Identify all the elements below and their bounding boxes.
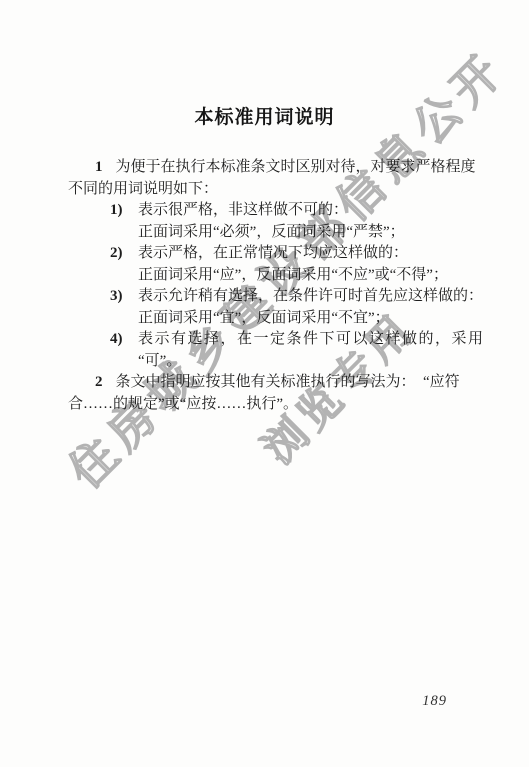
text-line: 正面词采用“宜”，反面词采用“不宜”； <box>68 308 468 330</box>
line-text: 正面词采用“应”，反面词采用“不应”或“不得”； <box>138 267 448 283</box>
text-line: 3)表示允许稍有选择，在条件许可时首先应这样做的： <box>68 286 468 308</box>
text-line: 正面词采用“必须”，反面词采用“严禁”； <box>68 222 468 244</box>
line-text: 表示严格，在正常情况下均应这样做的： <box>138 245 408 261</box>
line-text: 表示允许稍有选择，在条件许可时首先应这样做的： <box>138 288 483 304</box>
list-number: 3) <box>110 286 138 308</box>
document-body: 1为便于在执行本标准条文时区别对待，对要求严格程度 不同的用词说明如下： 1)表… <box>68 157 468 415</box>
page-title: 本标准用词说明 <box>0 102 529 129</box>
page-number: 189 <box>422 693 447 710</box>
list-number: 1) <box>110 200 138 222</box>
line-text: “可”。 <box>138 353 181 369</box>
line-text: 为便于在执行本标准条文时区别对待，对要求严格程度 <box>116 159 476 175</box>
document-page: 住房城乡建设部信息公开 浏览专用 本标准用词说明 1为便于在执行本标准条文时区别… <box>0 0 529 767</box>
line-text: 表示很严格，非这样做不可的： <box>138 202 348 218</box>
line-text: 不同的用词说明如下： <box>68 181 218 197</box>
text-line: 不同的用词说明如下： <box>68 179 468 201</box>
clause-number: 1 <box>95 159 103 175</box>
text-line: 4)表示有选择，在一定条件下可以这样做的，采用 <box>68 329 468 351</box>
line-text: 表示有选择，在一定条件下可以这样做的，采用 <box>138 331 485 347</box>
text-line: 2条文中指明应按其他有关标准执行的写法为： “应符 <box>68 372 468 394</box>
line-text: 合……的规定”或“应按……执行”。 <box>68 396 298 412</box>
clause-number: 2 <box>95 374 103 390</box>
text-line: 合……的规定”或“应按……执行”。 <box>68 394 468 416</box>
list-number: 4) <box>110 329 138 351</box>
line-text: 正面词采用“宜”，反面词采用“不宜”； <box>138 310 390 326</box>
text-line: “可”。 <box>68 351 468 373</box>
text-line: 1为便于在执行本标准条文时区别对待，对要求严格程度 <box>68 157 468 179</box>
list-number: 2) <box>110 243 138 265</box>
line-text: 正面词采用“必须”，反面词采用“严禁”； <box>138 224 405 240</box>
text-line: 正面词采用“应”，反面词采用“不应”或“不得”； <box>68 265 468 287</box>
text-line: 1)表示很严格，非这样做不可的： <box>68 200 468 222</box>
text-line: 2)表示严格，在正常情况下均应这样做的： <box>68 243 468 265</box>
line-text: 条文中指明应按其他有关标准执行的写法为： “应符 <box>116 374 460 390</box>
